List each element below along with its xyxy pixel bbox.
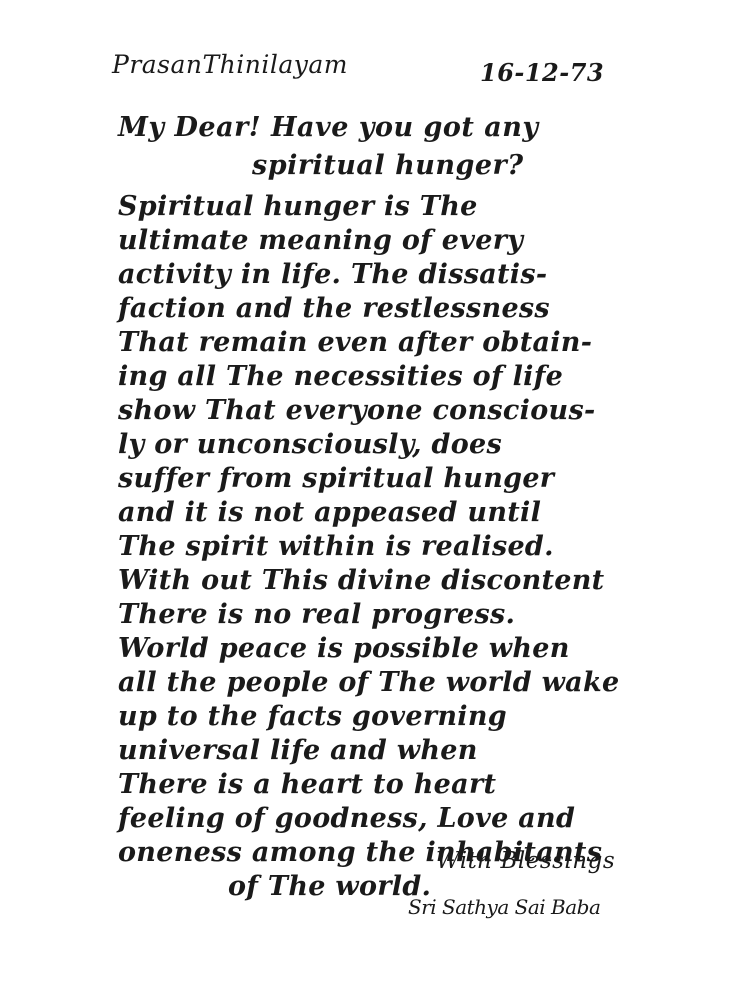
- body-line: ing all The necessities of life: [118, 360, 619, 394]
- body-line: and it is not appeased until: [118, 496, 619, 530]
- letter-place: PrasanThinilayam: [112, 50, 348, 79]
- body-line: all the people of The world wake: [118, 666, 619, 700]
- letter-page: PrasanThinilayam 16-12-73 My Dear! Have …: [0, 0, 752, 1000]
- letter-signature: Sri Sathya Sai Baba: [408, 895, 600, 919]
- body-line: The spirit within is realised.: [118, 530, 619, 564]
- body-line: up to the facts governing: [118, 700, 619, 734]
- body-line: With out This divine discontent: [118, 564, 619, 598]
- salutation-continued: spiritual hunger?: [252, 150, 524, 181]
- body-line: universal life and when: [118, 734, 619, 768]
- letter-body: Spiritual hunger is The ultimate meaning…: [118, 190, 619, 904]
- letter-closing: With Blessings: [436, 848, 615, 874]
- body-line: That remain even after obtain-: [118, 326, 619, 360]
- body-line: ultimate meaning of every: [118, 224, 619, 258]
- body-line: show That everyone conscious-: [118, 394, 619, 428]
- body-line: suffer from spiritual hunger: [118, 462, 619, 496]
- letter-salutation: My Dear! Have you got any: [118, 112, 539, 143]
- body-line: faction and the restlessness: [118, 292, 619, 326]
- body-line: Spiritual hunger is The: [118, 190, 619, 224]
- body-line: feeling of goodness, Love and: [118, 802, 619, 836]
- body-line: ly or unconsciously, does: [118, 428, 619, 462]
- body-line: There is no real progress.: [118, 598, 619, 632]
- body-line: There is a heart to heart: [118, 768, 619, 802]
- body-line: World peace is possible when: [118, 632, 619, 666]
- body-line: activity in life. The dissatis-: [118, 258, 619, 292]
- letter-date: 16-12-73: [480, 58, 604, 87]
